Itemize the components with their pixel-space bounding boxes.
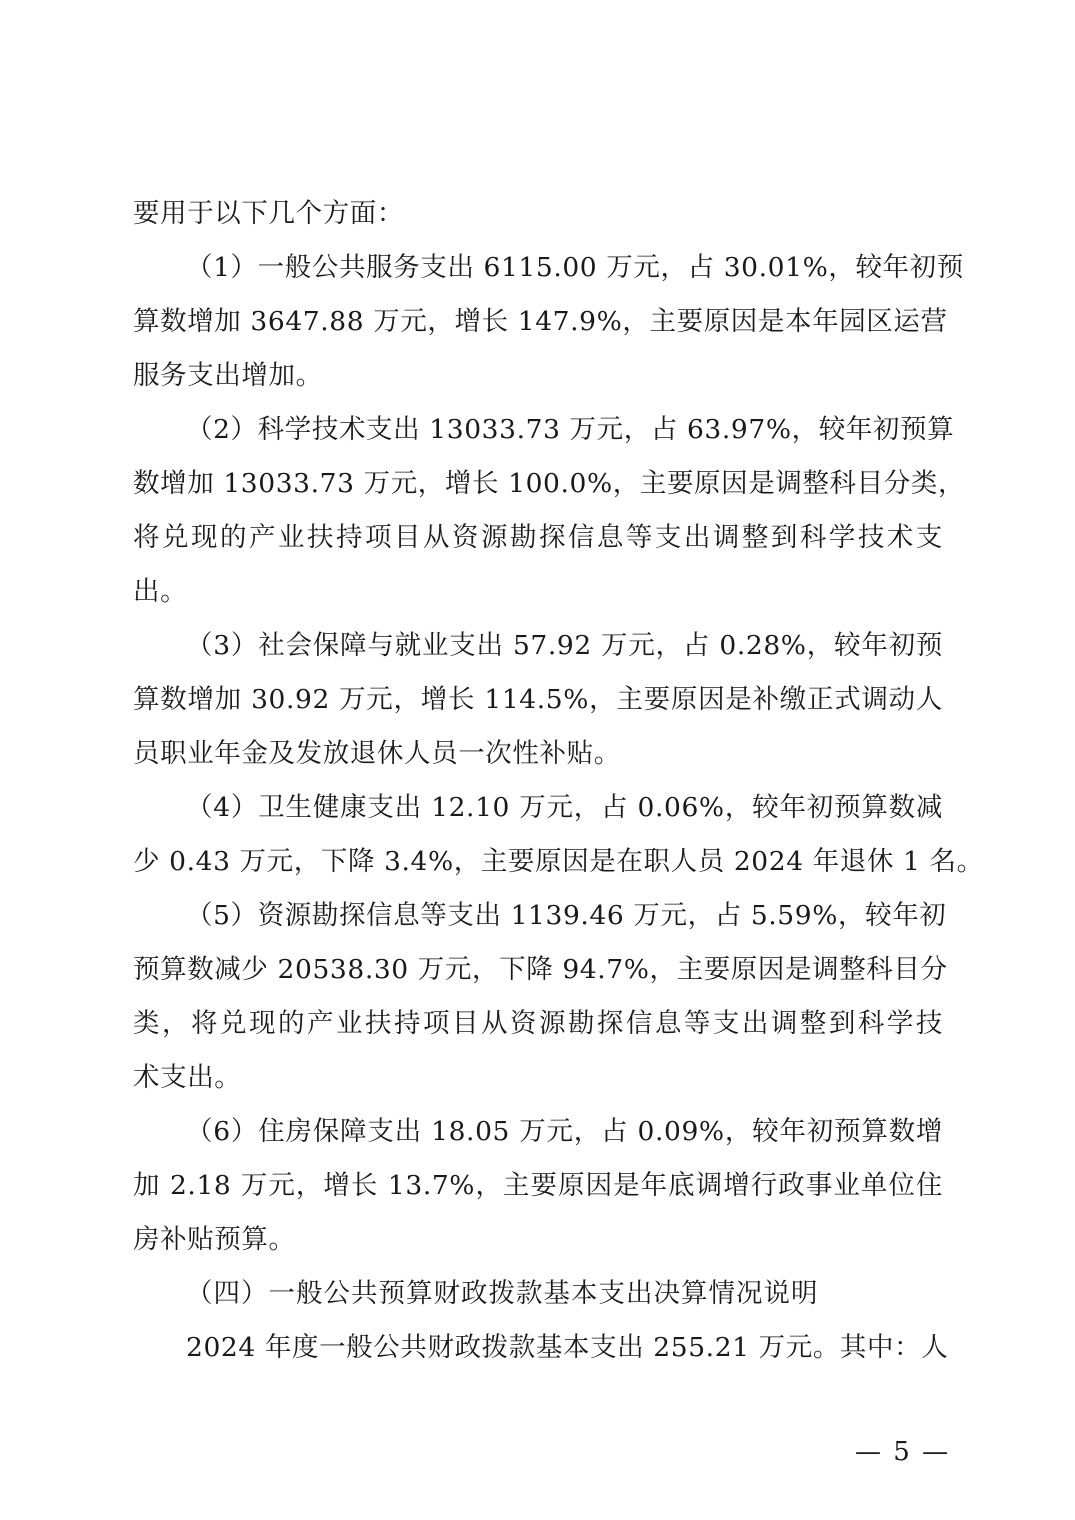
item-5-line-4: 术支出。 (133, 1060, 943, 1096)
item-1-line-2: 算数增加 3647.88 万元，增长 147.9%，主要原因是本年园区运营 (133, 304, 943, 340)
item-5-line-2: 预算数减少 20538.30 万元，下降 94.7%，主要原因是调整科目分 (133, 952, 943, 988)
item-2-line-1: （2）科学技术支出 13033.73 万元，占 63.97%，较年初预算 (186, 412, 943, 448)
item-5-line-3: 类，将兑现的产业扶持项目从资源勘探信息等支出调整到科学技 (133, 1006, 943, 1042)
item-6-line-1: （6）住房保障支出 18.05 万元，占 0.09%，较年初预算数增 (186, 1114, 943, 1150)
text-line-intro: 要用于以下几个方面： (133, 196, 943, 232)
item-2-line-4: 出。 (133, 574, 943, 610)
page-number: — 5 — (855, 1434, 950, 1470)
item-1-line-1: （1）一般公共服务支出 6115.00 万元，占 30.01%，较年初预 (186, 250, 943, 286)
item-2-line-2: 数增加 13033.73 万元，增长 100.0%，主要原因是调整科目分类， (133, 466, 943, 502)
item-4-line-1: （4）卫生健康支出 12.10 万元，占 0.06%，较年初预算数减 (186, 790, 943, 826)
item-3-line-1: （3）社会保障与就业支出 57.92 万元，占 0.28%，较年初预 (186, 628, 943, 664)
item-5-line-1: （5）资源勘探信息等支出 1139.46 万元，占 5.59%，较年初 (186, 898, 943, 934)
item-4-line-2: 少 0.43 万元，下降 3.4%，主要原因是在职人员 2024 年退休 1 名… (133, 844, 943, 880)
section-heading: （四）一般公共预算财政拨款基本支出决算情况说明 (186, 1276, 996, 1312)
section-body-line-1: 2024 年度一般公共财政拨款基本支出 255.21 万元。其中：人 (186, 1330, 943, 1366)
document-page: 要用于以下几个方面： （1）一般公共服务支出 6115.00 万元，占 30.0… (0, 0, 1075, 1520)
item-3-line-3: 员职业年金及发放退休人员一次性补贴。 (133, 736, 943, 772)
item-2-line-3: 将兑现的产业扶持项目从资源勘探信息等支出调整到科学技术支 (133, 520, 943, 556)
item-3-line-2: 算数增加 30.92 万元，增长 114.5%，主要原因是补缴正式调动人 (133, 682, 943, 718)
item-6-line-2: 加 2.18 万元，增长 13.7%，主要原因是年底调增行政事业单位住 (133, 1168, 943, 1204)
item-1-line-3: 服务支出增加。 (133, 358, 943, 394)
item-6-line-3: 房补贴预算。 (133, 1222, 943, 1258)
